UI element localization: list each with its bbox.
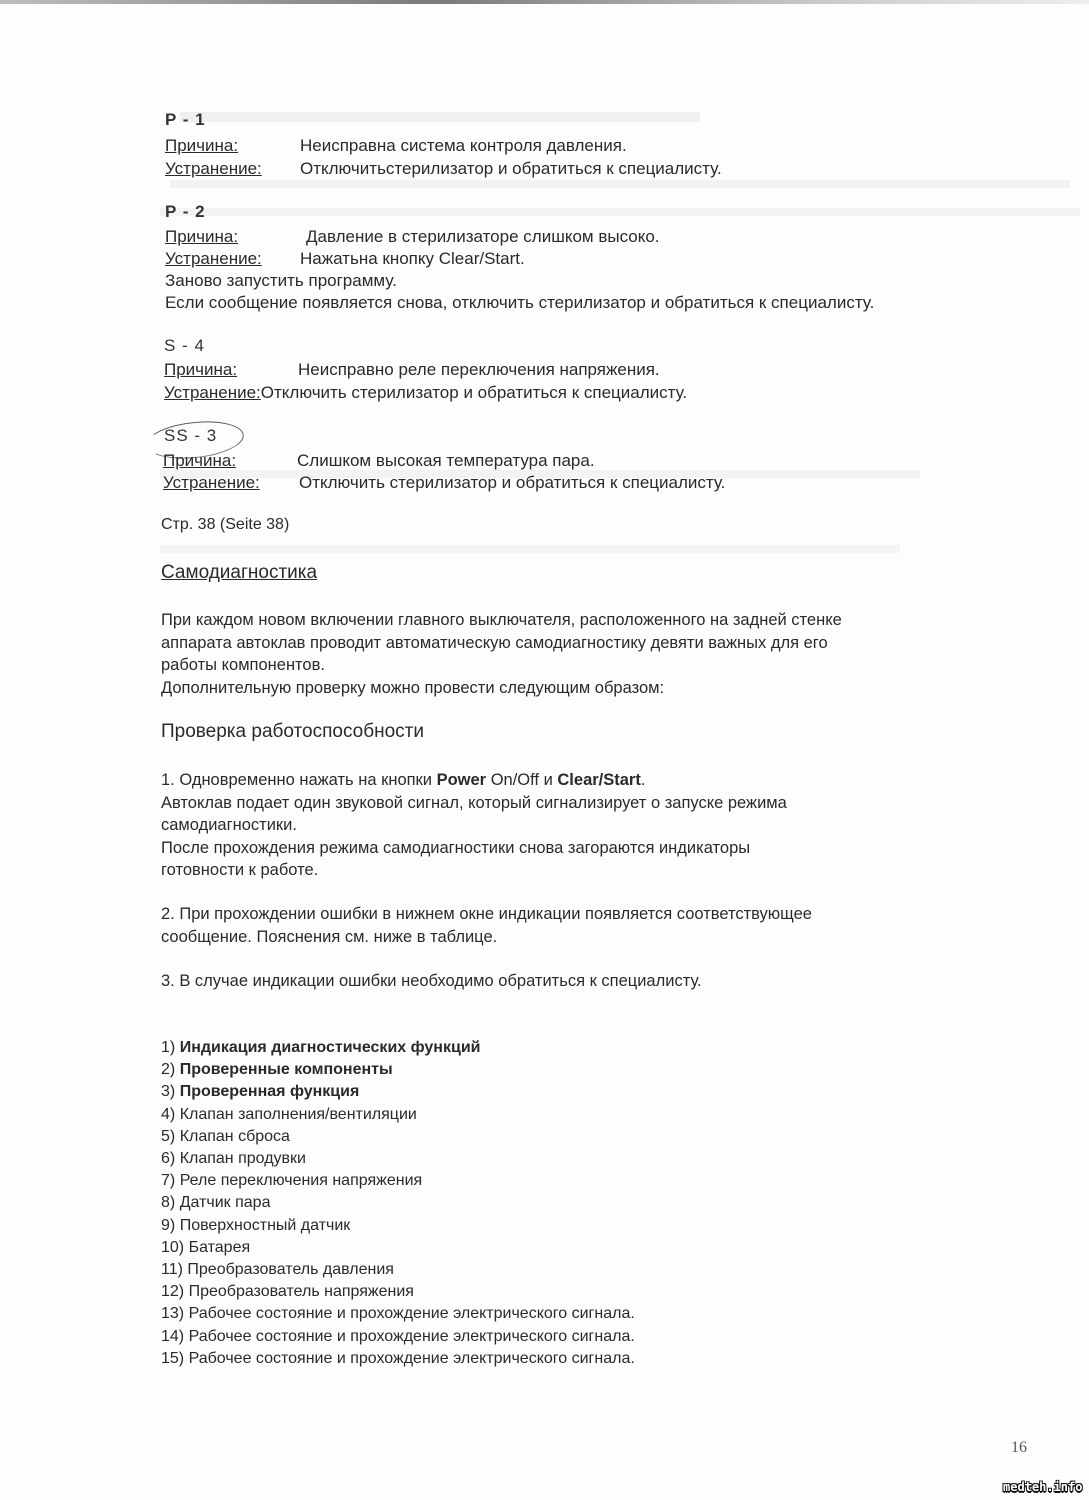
legend-item: 13) Рабочее состояние и прохождение элек… — [161, 1303, 635, 1325]
fix-text: Отключить стерилизатор и обратиться к сп… — [261, 383, 687, 402]
legend-number: 15) — [161, 1350, 184, 1367]
legend-item: 9) Поверхностный датчик — [161, 1215, 635, 1237]
error-row-fix: Устранение:Нажатьна кнопку Clear/Start. — [165, 248, 525, 270]
legend-item: 1) Индикация диагностических функций — [161, 1037, 635, 1059]
cause-label: Причина: — [165, 226, 306, 248]
legend-item: 7) Реле переключения напряжения — [161, 1170, 635, 1192]
bleed-through — [180, 112, 700, 122]
legend-item: 15) Рабочее состояние и прохождение элек… — [161, 1348, 635, 1370]
paragraph-line: сообщение. Пояснения см. ниже в таблице. — [161, 926, 812, 949]
check-step-2: 2. При прохождении ошибки в нижнем окне … — [161, 903, 812, 948]
paragraph-line: После прохождения режима самодиагностики… — [161, 837, 787, 860]
legend-text: Рабочее состояние и прохождение электрич… — [189, 1328, 635, 1345]
clear-start-button-label: Clear/Start — [557, 771, 640, 789]
legend-number: 3) — [161, 1083, 175, 1100]
section-heading-check: Проверка работоспособности — [161, 721, 424, 743]
legend-number: 7) — [161, 1172, 175, 1189]
cause-text: Неисправна система контроля давления. — [300, 136, 627, 155]
error-row-fix: Устранение:Отключить стерилизатор и обра… — [164, 382, 687, 404]
legend-text: Батарея — [189, 1239, 251, 1256]
legend-item: 4) Клапан заполнения/вентиляции — [161, 1104, 635, 1126]
legend-text: Датчик пара — [180, 1194, 271, 1211]
page-number: 16 — [1011, 1439, 1027, 1457]
error-row-fix: Устранение:Отключить стерилизатор и обра… — [163, 472, 725, 494]
paragraph-line: самодиагностики. — [161, 814, 787, 837]
legend-number: 8) — [161, 1194, 175, 1211]
legend-item: 10) Батарея — [161, 1237, 635, 1259]
error-code-ss3: SS - 3 — [164, 426, 217, 446]
page-reference: Стр. 38 (Seite 38) — [161, 516, 289, 534]
legend-text: Поверхностный датчик — [180, 1217, 351, 1234]
error-code-s4: S - 4 — [164, 336, 205, 356]
error-extra-line: Заново запустить программу. — [165, 270, 397, 292]
legend-number: 4) — [161, 1106, 175, 1123]
legend-number: 6) — [161, 1150, 175, 1167]
check-step-1: 1. Одновременно нажать на кнопки Power O… — [161, 769, 787, 882]
legend-item: 11) Преобразователь давления — [161, 1259, 635, 1281]
section-heading-selfdiag: Самодиагностика — [161, 562, 317, 584]
legend-number: 1) — [161, 1039, 175, 1056]
paragraph-line: Автоклав подает один звуковой сигнал, ко… — [161, 792, 787, 815]
legend-item: 8) Датчик пара — [161, 1192, 635, 1214]
step1-mid: On/Off и — [486, 771, 557, 789]
watermark: medteh.info — [1003, 1480, 1082, 1494]
paragraph-line: готовности к работе. — [161, 859, 787, 882]
legend-item: 6) Клапан продувки — [161, 1148, 635, 1170]
legend-number: 10) — [161, 1239, 184, 1256]
power-button-label: Power — [437, 771, 487, 789]
check-step-3: 3. В случае индикации ошибки необходимо … — [161, 970, 702, 993]
step1-suffix: . — [641, 771, 646, 789]
legend-item: 14) Рабочее состояние и прохождение элек… — [161, 1326, 635, 1348]
error-row-cause: Причина:Слишком высокая температура пара… — [163, 450, 595, 472]
legend-number: 11) — [161, 1261, 183, 1278]
paragraph-line: 2. При прохождении ошибки в нижнем окне … — [161, 903, 812, 926]
error-row-fix: Устранение:Отключитьстерилизатор и обрат… — [165, 158, 722, 180]
cause-label: Причина: — [165, 135, 300, 157]
legend-text: Индикация диагностических функций — [180, 1039, 481, 1056]
fix-label: Устранение: — [164, 382, 261, 404]
selfdiag-paragraph: При каждом новом включении главного выкл… — [161, 609, 842, 699]
fix-text: Нажатьна кнопку Clear/Start. — [300, 249, 525, 268]
bleed-through — [160, 545, 900, 553]
error-row-cause: Причина:Давление в стерилизаторе слишком… — [165, 226, 660, 248]
scan-edge — [0, 0, 1089, 4]
legend-text: Преобразователь напряжения — [189, 1283, 414, 1300]
paragraph-line: Дополнительную проверку можно провести с… — [161, 677, 842, 700]
bleed-through — [160, 208, 1080, 216]
legend-item: 3) Проверенная функция — [161, 1081, 635, 1103]
legend-item: 5) Клапан сброса — [161, 1126, 635, 1148]
cause-text: Слишком высокая температура пара. — [297, 451, 595, 470]
paragraph-line: При каждом новом включении главного выкл… — [161, 609, 842, 632]
fix-label: Устранение: — [165, 158, 300, 180]
legend-text: Проверенные компоненты — [180, 1061, 393, 1078]
error-row-cause: Причина:Неисправна система контроля давл… — [165, 135, 627, 157]
legend-text: Клапан продувки — [180, 1150, 306, 1167]
legend-item: 12) Преобразователь напряжения — [161, 1281, 635, 1303]
error-code-p2: P - 2 — [165, 202, 206, 222]
legend-text: Проверенная функция — [180, 1083, 360, 1100]
step1-prefix: 1. Одновременно нажать на кнопки — [161, 771, 437, 789]
cause-text: Неисправно реле переключения напряжения. — [298, 360, 660, 379]
legend-item: 2) Проверенные компоненты — [161, 1059, 635, 1081]
legend-text: Клапан заполнения/вентиляции — [180, 1106, 417, 1123]
cause-text: Давление в стерилизаторе слишком высоко. — [306, 227, 660, 246]
error-row-cause: Причина:Неисправно реле переключения нап… — [164, 359, 660, 381]
fix-label: Устранение: — [163, 472, 299, 494]
legend-text: Рабочее состояние и прохождение электрич… — [189, 1350, 635, 1367]
paragraph-line: работы компонентов. — [161, 654, 842, 677]
legend-number: 2) — [161, 1061, 175, 1078]
error-code-p1: P - 1 — [165, 110, 206, 130]
step1-first-line: 1. Одновременно нажать на кнопки Power O… — [161, 769, 787, 792]
error-extra-line: Если сообщение появляется снова, отключи… — [165, 292, 874, 314]
fix-text: Отключить стерилизатор и обратиться к сп… — [299, 473, 725, 492]
legend-text: Рабочее состояние и прохождение электрич… — [189, 1305, 635, 1322]
legend-text: Реле переключения напряжения — [180, 1172, 422, 1189]
cause-label: Причина: — [163, 450, 297, 472]
legend-list: 1) Индикация диагностических функций2) П… — [161, 1037, 635, 1370]
legend-text: Преобразователь давления — [187, 1261, 394, 1278]
fix-text: Отключитьстерилизатор и обратиться к спе… — [300, 159, 722, 178]
legend-number: 5) — [161, 1128, 175, 1145]
legend-number: 14) — [161, 1328, 184, 1345]
fix-label: Устранение: — [165, 248, 300, 270]
cause-label: Причина: — [164, 359, 298, 381]
legend-number: 9) — [161, 1217, 175, 1234]
legend-number: 13) — [161, 1305, 184, 1322]
bleed-through — [170, 180, 1070, 188]
legend-text: Клапан сброса — [180, 1128, 290, 1145]
legend-number: 12) — [161, 1283, 184, 1300]
paragraph-line: аппарата автоклав проводит автоматическу… — [161, 632, 842, 655]
